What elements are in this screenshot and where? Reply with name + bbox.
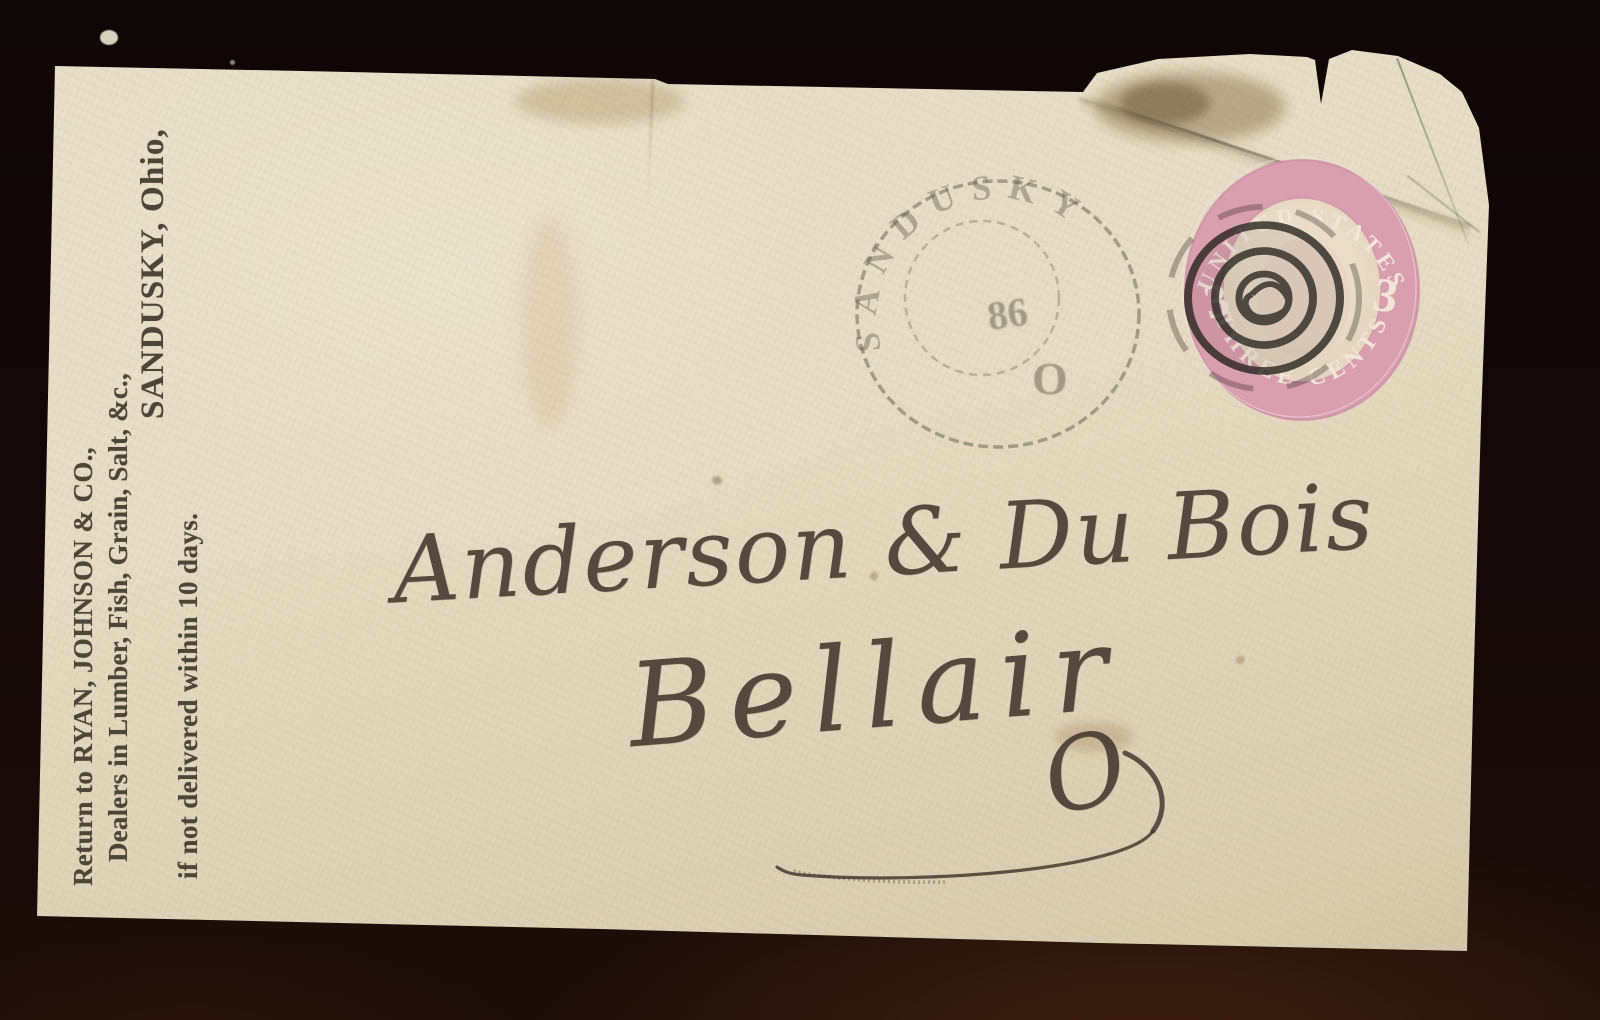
flourish-tail [1125, 753, 1162, 831]
return-address-line-1: Return to RYAN, JOHNSON & CO., [66, 60, 101, 892]
return-address-imprint: Return to RYAN, JOHNSON & CO., Dealers i… [66, 60, 208, 892]
foxing-spot [1236, 656, 1245, 664]
envelope: Return to RYAN, JOHNSON & CO., Dealers i… [0, 0, 1600, 1020]
toning-stain [515, 78, 685, 124]
address-recipient: Anderson & Du Bois [390, 463, 1378, 625]
postmark-city-arc: SANDUSKY [845, 167, 1099, 355]
background-speck [230, 60, 235, 65]
return-address-line-2: Dealers in Lumber, Fish, Grain, Salt, &c… [101, 60, 136, 892]
flap-stain [1120, 82, 1210, 124]
return-address-line-3: SANDUSKY, Ohio, [136, 60, 171, 892]
flap-stain [1095, 72, 1285, 142]
photo-background: Return to RYAN, JOHNSON & CO., Dealers i… [0, 0, 1600, 1020]
postmark-date: 86 [985, 289, 1031, 339]
postmark-inner-circle [905, 221, 1059, 375]
underline-flourish [775, 735, 1245, 900]
foxing-spot [712, 476, 722, 485]
embossed-stamp: UNITED STATES THREE CENTS 3 3 [1172, 148, 1432, 434]
flourish-underline [777, 831, 1153, 878]
pink-smear [520, 215, 580, 430]
postmark: SANDUSKY 86 O [852, 178, 1144, 456]
crease-line [646, 80, 654, 210]
return-address-line-4: if not delivered within 10 days. [171, 60, 206, 892]
postmark-state: O [1032, 353, 1068, 404]
background-speck [100, 30, 118, 45]
